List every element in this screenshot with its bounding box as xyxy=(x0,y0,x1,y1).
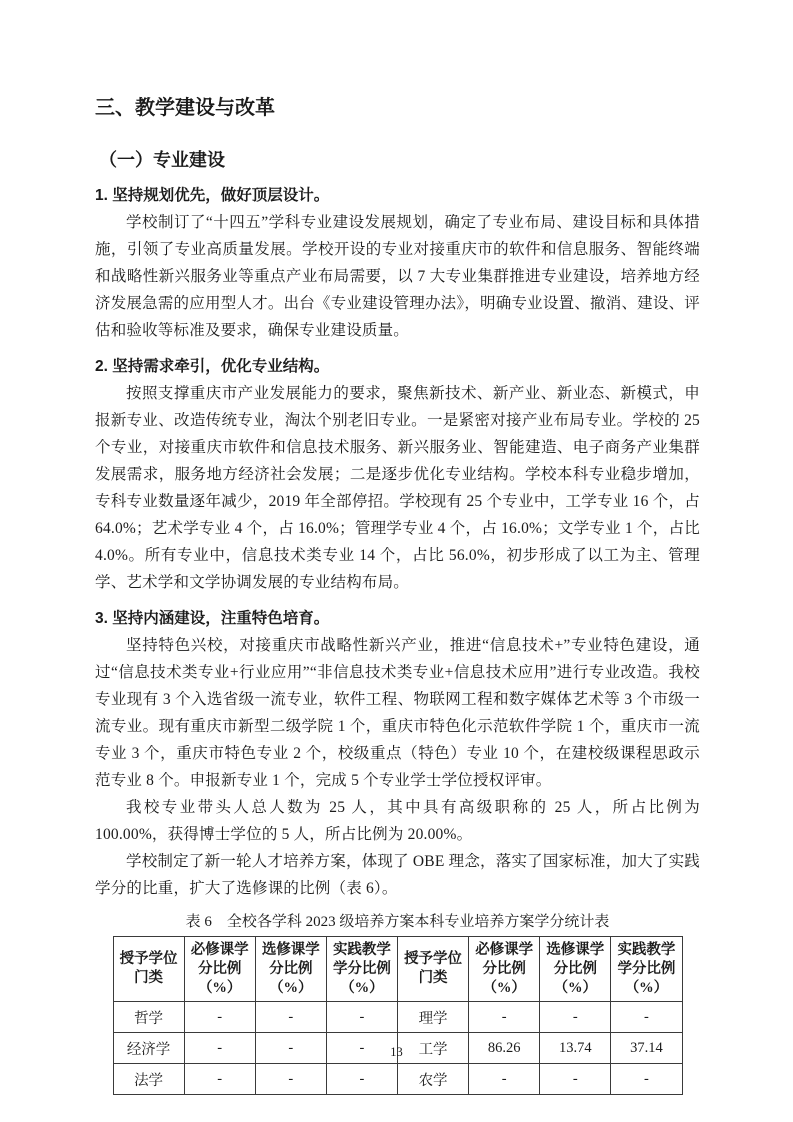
table-cell: - xyxy=(255,1064,326,1095)
table-cell: 哲学 xyxy=(113,1002,184,1033)
point-heading-3: 3. 坚持内涵建设，注重特色培育。 xyxy=(95,605,700,632)
table-header-cell: 选修课学 分比例 （%） xyxy=(540,937,611,1002)
paragraph: 学校制订了“十四五”学科专业建设发展规划，确定了专业布局、建设目标和具体措施，引… xyxy=(95,209,700,344)
paragraph: 我校专业带头人总人数为 25 人，其中具有高级职称的 25 人，所占比例为 10… xyxy=(95,794,700,848)
table-cell: - xyxy=(326,1002,397,1033)
table-cell: - xyxy=(469,1064,540,1095)
paragraph: 按照支撑重庆市产业发展能力的要求，聚焦新技术、新产业、新业态、新模式，申报新专业… xyxy=(95,380,700,596)
paragraph: 学校制定了新一轮人才培养方案，体现了 OBE 理念，落实了国家标准，加大了实践学… xyxy=(95,848,700,902)
table-cell: 法学 xyxy=(113,1064,184,1095)
table-cell: 农学 xyxy=(398,1064,469,1095)
table-cell: - xyxy=(540,1064,611,1095)
table-header-row: 授予学位 门类 必修课学 分比例 （%） 选修课学 分比例 （%） 实践教学 学… xyxy=(113,937,682,1002)
document-page: 三、教学建设与改革 （一）专业建设 1. 坚持规划优先，做好顶层设计。 学校制订… xyxy=(0,0,793,1122)
table-cell: - xyxy=(326,1064,397,1095)
section-title: 三、教学建设与改革 xyxy=(95,94,700,122)
table-cell: - xyxy=(611,1064,682,1095)
point-heading-2: 2. 坚持需求牵引，优化专业结构。 xyxy=(95,353,700,380)
point-heading-1: 1. 坚持规划优先，做好顶层设计。 xyxy=(95,182,700,209)
table-cell: - xyxy=(611,1002,682,1033)
table-row: 法学 - - - 农学 - - - xyxy=(113,1064,682,1095)
subsection-title: （一）专业建设 xyxy=(99,147,700,173)
table-header-cell: 授予学位 门类 xyxy=(398,937,469,1002)
table-cell: - xyxy=(255,1002,326,1033)
table-header-cell: 实践教学 学分比例 （%） xyxy=(326,937,397,1002)
paragraph: 坚持特色兴校，对接重庆市战略性新兴产业，推进“信息技术+”专业特色建设，通过“信… xyxy=(95,632,700,794)
table-cell: - xyxy=(540,1002,611,1033)
table-header-cell: 授予学位 门类 xyxy=(113,937,184,1002)
page-number: 13 xyxy=(0,1045,793,1060)
table-cell: - xyxy=(469,1002,540,1033)
table-header-cell: 实践教学 学分比例 （%） xyxy=(611,937,682,1002)
table-header-cell: 必修课学 分比例 （%） xyxy=(184,937,255,1002)
credit-stats-table: 授予学位 门类 必修课学 分比例 （%） 选修课学 分比例 （%） 实践教学 学… xyxy=(113,936,683,1095)
table-caption: 表 6 全校各学科 2023 级培养方案本科专业培养方案学分统计表 xyxy=(95,911,700,933)
table-header-cell: 必修课学 分比例 （%） xyxy=(469,937,540,1002)
table-cell: - xyxy=(184,1002,255,1033)
table-header-cell: 选修课学 分比例 （%） xyxy=(255,937,326,1002)
table-cell: - xyxy=(184,1064,255,1095)
table-row: 哲学 - - - 理学 - - - xyxy=(113,1002,682,1033)
table-cell: 理学 xyxy=(398,1002,469,1033)
